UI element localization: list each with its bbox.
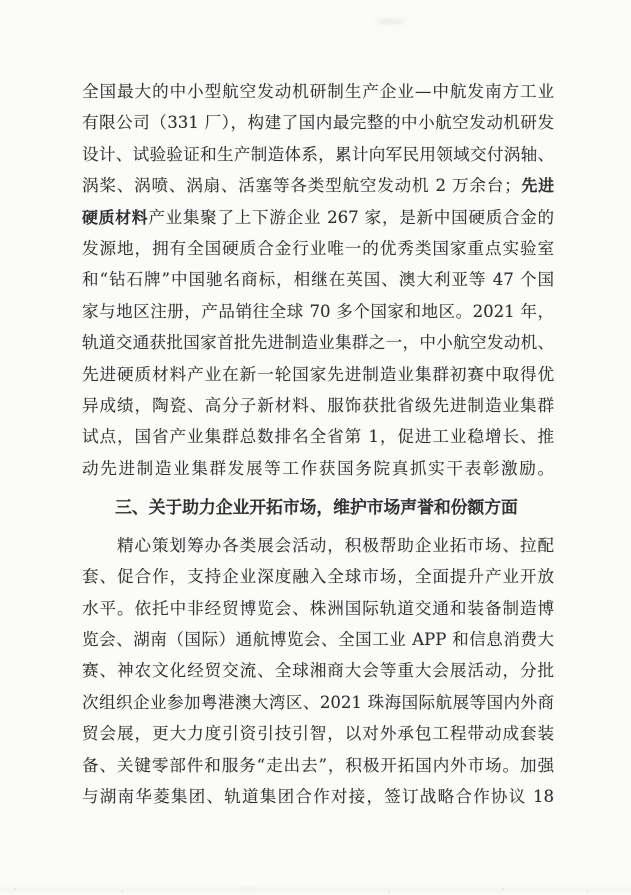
scan-speck xyxy=(586,890,588,892)
scan-speck xyxy=(14,888,16,890)
text-segment: 全国最大的中小型航空发动机研制生产企业—中航发南方工业 xyxy=(82,82,554,101)
text-segment: 产业集聚了上下游企业 267 家，是新中国硬质合金的 xyxy=(148,208,554,227)
text-line: 全国最大的中小型航空发动机研制生产企业—中航发南方工业 xyxy=(82,76,554,107)
scan-speck xyxy=(502,888,504,890)
scan-noise-band xyxy=(0,884,631,895)
text-segment: 和“钻石牌”中国驰名商标，相继在英国、澳大利亚等 47 个国 xyxy=(82,270,554,289)
text-segment: 精心策划筹办各类展会活动，积极帮助企业拓市场、拉配 xyxy=(117,536,554,555)
text-line: 备、关键零部件和服务“走出去”，积极开拓国内外市场。加强 xyxy=(82,750,554,781)
scan-speck xyxy=(247,887,249,889)
text-block: 全国最大的中小型航空发动机研制生产企业—中航发南方工业有限公司（331 厂），构… xyxy=(82,76,554,812)
text-line: 家与地区注册，产品销往全球 70 多个国家和地区。2021 年， xyxy=(82,296,554,327)
text-line: 览会、湖南（国际）通航博览会、全国工业 APP 和信息消费大 xyxy=(82,624,554,655)
scan-smudge xyxy=(376,19,406,24)
text-line: 涡桨、涡喷、涡扇、活塞等各类型航空发动机 2 万余台；先进 xyxy=(82,170,554,201)
text-segment: 贸会展，更大力度引资引技引智，以对外承包工程带动成套装 xyxy=(82,724,554,743)
document-page: 全国最大的中小型航空发动机研制生产企业—中航发南方工业有限公司（331 厂），构… xyxy=(0,0,631,895)
text-segment: 备、关键零部件和服务“走出去”，积极开拓国内外市场。加强 xyxy=(82,756,554,775)
text-segment: 涡桨、涡喷、涡扇、活塞等各类型航空发动机 2 万余台； xyxy=(82,176,521,195)
text-line: 动先进制造业集群发展等工作获国务院真抓实干表彰激励。 xyxy=(82,453,554,484)
text-line: 赛、神农文化经贸交流、全球湘商大会等重大会展活动，分批 xyxy=(82,655,554,686)
text-line: 设计、试验验证和生产制造体系，累计向军民用领域交付涡轴、 xyxy=(82,139,554,170)
text-segment: 套、促合作，支持企业深度融入全球市场，全面提升产业开放 xyxy=(82,567,554,586)
text-segment: 览会、湖南（国际）通航博览会、全国工业 APP 和信息消费大 xyxy=(82,630,554,649)
text-line: 贸会展，更大力度引资引技引智，以对外承包工程带动成套装 xyxy=(82,718,554,749)
text-segment: 试点，国省产业集群总数排名全省第 1，促进工业稳增长、推 xyxy=(82,427,554,446)
text-line: 次组织企业参加粤港澳大湾区、2021 珠海国际航展等国内外商 xyxy=(82,687,554,718)
text-line: 套、促合作，支持企业深度融入全球市场，全面提升产业开放 xyxy=(82,561,554,592)
text-segment: 轨道交通获批国家首批先进制造业集群之一，中小航空发动机、 xyxy=(82,333,554,352)
paragraph-2: 精心策划筹办各类展会活动，积极帮助企业拓市场、拉配套、促合作，支持企业深度融入全… xyxy=(82,530,554,813)
scan-speck xyxy=(121,890,123,892)
text-line: 水平。依托中非经贸博览会、株洲国际轨道交通和装备制造博 xyxy=(82,593,554,624)
text-segment: 赛、神农文化经贸交流、全球湘商大会等重大会展活动，分批 xyxy=(82,661,554,680)
text-line: 发源地，拥有全国硬质合金行业唯一的优秀类国家重点实验室 xyxy=(82,233,554,264)
paragraph-1: 全国最大的中小型航空发动机研制生产企业—中航发南方工业有限公司（331 厂），构… xyxy=(82,76,554,484)
text-line: 与湖南华菱集团、轨道集团合作对接，签订战略合作协议 18 xyxy=(82,781,554,812)
text-segment: 次组织企业参加粤港澳大湾区、2021 珠海国际航展等国内外商 xyxy=(82,693,554,712)
section-heading: 三、关于助力企业开拓市场，维护市场声誉和份额方面 xyxy=(82,492,554,523)
text-segment: 先进硬质材料产业在新一轮国家先进制造业集群初赛中取得优 xyxy=(82,365,554,384)
text-segment: 有限公司（331 厂），构建了国内最完整的中小航空发动机研发 xyxy=(82,113,554,132)
text-segment: 家与地区注册，产品销往全球 70 多个国家和地区。2021 年， xyxy=(82,302,554,321)
text-line: 试点，国省产业集群总数排名全省第 1，促进工业稳增长、推 xyxy=(82,421,554,452)
text-segment: 发源地，拥有全国硬质合金行业唯一的优秀类国家重点实验室 xyxy=(82,239,554,258)
text-line: 有限公司（331 厂），构建了国内最完整的中小航空发动机研发 xyxy=(82,107,554,138)
text-segment: 水平。依托中非经贸博览会、株洲国际轨道交通和装备制造博 xyxy=(82,599,554,618)
text-segment: 设计、试验验证和生产制造体系，累计向军民用领域交付涡轴、 xyxy=(82,145,554,164)
bold-text-segment: 先进 xyxy=(521,176,554,195)
text-segment: 动先进制造业集群发展等工作获国务院真抓实干表彰激励。 xyxy=(82,459,554,478)
text-line: 硬质材料产业集聚了上下游企业 267 家，是新中国硬质合金的 xyxy=(82,202,554,233)
text-segment: 异成绩，陶瓷、高分子新材料、服饰获批省级先进制造业集群 xyxy=(82,396,554,415)
text-line: 异成绩，陶瓷、高分子新材料、服饰获批省级先进制造业集群 xyxy=(82,390,554,421)
scan-speck xyxy=(388,891,390,893)
text-line: 先进硬质材料产业在新一轮国家先进制造业集群初赛中取得优 xyxy=(82,359,554,390)
text-line: 精心策划筹办各类展会活动，积极帮助企业拓市场、拉配 xyxy=(82,530,554,561)
text-segment: 与湖南华菱集团、轨道集团合作对接，签订战略合作协议 18 xyxy=(82,787,554,806)
text-line: 轨道交通获批国家首批先进制造业集群之一，中小航空发动机、 xyxy=(82,327,554,358)
text-line: 和“钻石牌”中国驰名商标，相继在英国、澳大利亚等 47 个国 xyxy=(82,264,554,295)
bold-text-segment: 硬质材料 xyxy=(82,208,148,227)
